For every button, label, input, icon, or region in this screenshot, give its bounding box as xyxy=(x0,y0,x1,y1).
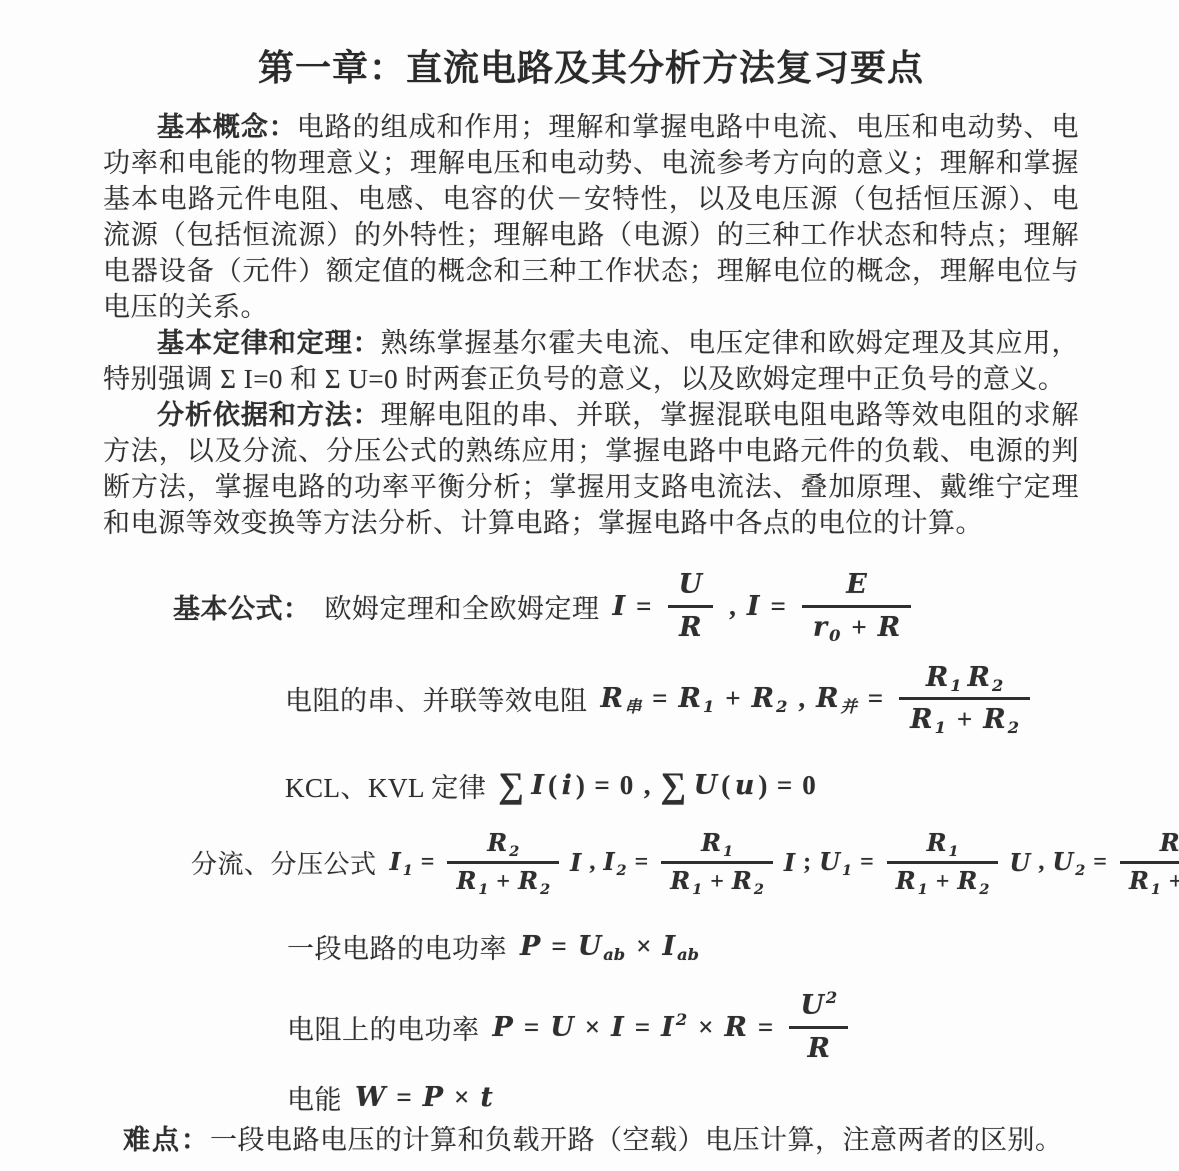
fraction-numerator: R1R2 xyxy=(915,658,1014,698)
math-op: = xyxy=(524,1012,539,1043)
math-op: , xyxy=(589,849,595,876)
fraction-denominator: R xyxy=(668,608,712,648)
formula-kcl-kvl: KCL、KVL 定律∑I(i)=0,∑U(u)=0 xyxy=(285,762,1079,808)
fraction-numerator: R1 xyxy=(692,826,742,861)
fraction-denominator: R1+R2 xyxy=(1120,864,1179,899)
math-op: , xyxy=(729,591,736,622)
math-var: R2 xyxy=(752,683,788,715)
fraction-numerator: R2 xyxy=(1151,826,1179,861)
math-op: = xyxy=(777,770,792,801)
math-op: + xyxy=(710,867,724,897)
fraction-denominator: r0+R xyxy=(802,608,911,648)
math-var: U xyxy=(1009,848,1030,877)
formula-expression: 电阻上的电功率P=U×I=I2×R=U2R xyxy=(287,986,856,1069)
math-var: R1 xyxy=(701,828,733,859)
math-var: P xyxy=(423,1082,443,1113)
math-op: + xyxy=(725,683,740,714)
math-var: u xyxy=(735,770,755,801)
fraction: R1R1+R2 xyxy=(887,826,999,900)
math-var: R xyxy=(807,1032,829,1066)
math-var: r0 xyxy=(813,611,841,645)
math-paren: ( xyxy=(548,770,558,801)
math-op: = xyxy=(396,1082,411,1113)
math-var: R1 xyxy=(910,703,946,737)
math-op: , xyxy=(1038,849,1044,876)
math-op: = xyxy=(758,1012,773,1043)
math-op: + xyxy=(496,867,510,897)
math-op: = xyxy=(635,1012,650,1043)
math-var: R xyxy=(724,1012,746,1043)
formula-expression: 分流、分压公式I1=R2R1+R2I,I2=R1R1+R2I;U1=R1R1+R… xyxy=(191,826,1179,900)
formula-section-label: 基本公式： xyxy=(173,587,311,626)
math-var: W xyxy=(355,1082,385,1113)
fraction-numerator: R2 xyxy=(478,826,528,861)
math-var: i xyxy=(562,770,572,801)
formula-divider-rules: 分流、分压公式I1=R2R1+R2I,I2=R1R1+R2I;U1=R1R1+R… xyxy=(191,826,1079,900)
math-var: R1 xyxy=(670,866,702,897)
math-var: E xyxy=(846,568,867,602)
math-var: R串 xyxy=(601,683,642,715)
formula-expression: 欧姆定理和全欧姆定理I=UR,I=Er0+R xyxy=(325,565,920,648)
formula-equivalent-resistance: 电阻的串、并联等效电阻R串=R1+R2,R并=R1R2R1+R2 xyxy=(285,658,1079,741)
paragraph-basic-concepts: 基本概念：电路的组成和作用；理解和掌握电路中电流、电压和电动势、电功率和电能的物… xyxy=(103,109,1079,325)
formula-label-text: 电阻的串、并联等效电阻 xyxy=(285,679,588,718)
math-var: I xyxy=(611,1012,624,1043)
formula-segment-power: 一段电路的电功率P=Uab×Iab xyxy=(287,924,1079,970)
math-sum: ∑ xyxy=(660,767,686,803)
math-var: R2 xyxy=(957,866,989,897)
formula-resistor-power: 电阻上的电功率P=U×I=I2×R=U2R xyxy=(287,986,1079,1069)
fraction: Er0+R xyxy=(802,565,911,648)
math-var: R1 xyxy=(926,661,962,695)
fraction: U2R xyxy=(789,986,848,1069)
math-var: I2 xyxy=(661,1012,687,1043)
math-op: + xyxy=(957,703,972,737)
math-var: R xyxy=(878,611,900,645)
fraction-numerator: R1 xyxy=(918,826,968,861)
math-op: = xyxy=(868,683,883,714)
math-var: I1 xyxy=(390,847,413,878)
fraction-denominator: R xyxy=(796,1029,840,1069)
math-var: R2 xyxy=(968,661,1004,695)
math-op: = xyxy=(551,931,566,962)
math-op: = xyxy=(1093,849,1107,876)
math-var: I xyxy=(570,848,581,877)
fraction-numerator: U xyxy=(668,565,714,605)
fraction: UR xyxy=(668,565,714,648)
difficulty-note: 难点：一段电路电压的计算和负载开路（空载）电压计算，注意两者的区别。 xyxy=(123,1122,1079,1158)
math-op: , xyxy=(798,683,805,714)
scanned-document-page: 第一章：直流电路及其分析方法复习要点 基本概念：电路的组成和作用；理解和掌握电路… xyxy=(0,0,1179,1171)
formula-electric-energy: 电能W=P×t xyxy=(287,1076,1079,1118)
math-var: R1 xyxy=(896,866,928,897)
math-op: + xyxy=(851,611,866,645)
formula-label-text: 欧姆定理和全欧姆定理 xyxy=(325,587,600,626)
math-op: + xyxy=(936,867,950,897)
math-var: P xyxy=(520,931,540,962)
formula-expression: 电阻的串、并联等效电阻R串=R1+R2,R并=R1R2R1+R2 xyxy=(285,658,1038,741)
formula-label-text: KCL、KVL 定律 xyxy=(285,766,486,805)
math-var: Iab xyxy=(662,931,698,963)
fraction-denominator: R1+R2 xyxy=(447,864,559,899)
math-op: = xyxy=(635,849,649,876)
math-op: = xyxy=(652,683,667,714)
math-var: Uab xyxy=(578,931,625,963)
math-var: R1 xyxy=(679,683,715,715)
math-var: R2 xyxy=(487,828,519,859)
math-op: × xyxy=(636,931,651,962)
fraction-numerator: E xyxy=(835,565,878,605)
math-op: = xyxy=(770,591,785,622)
difficulty-text: 一段电路电压的计算和负载开路（空载）电压计算，注意两者的区别。 xyxy=(210,1125,1063,1155)
math-var: U1 xyxy=(819,847,852,878)
math-var: I xyxy=(747,591,760,622)
math-var: U2 xyxy=(800,989,837,1023)
difficulty-lead: 难点： xyxy=(123,1125,210,1155)
page-title: 第一章：直流电路及其分析方法复习要点 xyxy=(103,40,1079,91)
formula-ohms-law: 基本公式： 欧姆定理和全欧姆定理I=UR,I=Er0+R xyxy=(173,565,1079,648)
math-var: R2 xyxy=(983,703,1019,737)
fraction: R1R2R1+R2 xyxy=(899,658,1030,741)
math-var: I xyxy=(531,770,544,801)
paragraph-basic-laws-theorems: 基本定律和定理：熟练掌握基尔霍夫电流、电压定律和欧姆定理及其应用，特别强调 Σ … xyxy=(103,325,1079,397)
math-var: U xyxy=(550,1012,574,1043)
fraction: R1R1+R2 xyxy=(661,826,773,900)
formula-label-text: 分流、分压公式 xyxy=(191,844,377,881)
fraction-denominator: R1+R2 xyxy=(899,700,1030,740)
math-op: + xyxy=(1169,867,1179,897)
math-paren: ) xyxy=(576,770,586,801)
math-var: U xyxy=(694,770,718,801)
math-var: U2 xyxy=(1052,847,1085,878)
paragraph-lead: 基本定律和定理： xyxy=(157,328,381,358)
math-var: R xyxy=(679,611,701,645)
math-op: , xyxy=(644,770,651,801)
math-op: ; xyxy=(803,849,811,876)
math-var: R1 xyxy=(1129,866,1161,897)
math-var: P xyxy=(493,1012,513,1043)
formula-expression: KCL、KVL 定律∑I(i)=0,∑U(u)=0 xyxy=(285,766,818,805)
math-var: t xyxy=(480,1082,492,1113)
math-sum: ∑ xyxy=(498,767,524,803)
math-paren: ( xyxy=(721,770,731,801)
math-num: 0 xyxy=(802,770,816,801)
paragraph-lead: 基本概念： xyxy=(157,112,297,142)
formula-expression: 一段电路的电功率P=Uab×Iab xyxy=(287,927,702,966)
fraction-numerator: U2 xyxy=(789,986,848,1026)
math-var: R2 xyxy=(732,866,764,897)
math-var: R2 xyxy=(518,866,550,897)
math-op: = xyxy=(421,849,435,876)
fraction: R2R1+R2 xyxy=(447,826,559,900)
formula-label-text: 一段电路的电功率 xyxy=(287,927,507,966)
math-var: U xyxy=(679,568,703,602)
math-var: I2 xyxy=(603,847,626,878)
fraction-denominator: R1+R2 xyxy=(661,864,773,899)
math-op: × xyxy=(585,1012,600,1043)
math-var: I xyxy=(613,591,626,622)
math-op: × xyxy=(454,1082,469,1113)
math-op: = xyxy=(594,770,609,801)
paragraph-analysis-methods: 分析依据和方法：理解电阻的串、并联，掌握混联电阻电路等效电阻的求解方法，以及分流… xyxy=(103,397,1079,541)
math-var: R并 xyxy=(816,683,857,715)
paragraph-text: 电路的组成和作用；理解和掌握电路中电流、电压和电动势、电功率和电能的物理意义；理… xyxy=(103,112,1079,322)
math-var: I xyxy=(784,848,795,877)
formula-expression: 电能W=P×t xyxy=(287,1078,496,1117)
paragraph-lead: 分析依据和方法： xyxy=(157,400,381,430)
math-op: = xyxy=(860,849,874,876)
formula-label-text: 电阻上的电功率 xyxy=(287,1008,480,1047)
formula-label-text: 电能 xyxy=(287,1078,342,1117)
math-op: × xyxy=(698,1012,713,1043)
math-num: 0 xyxy=(620,770,634,801)
fraction: R2R1+R2 xyxy=(1120,826,1179,900)
math-op: = xyxy=(636,591,651,622)
math-var: R1 xyxy=(456,866,488,897)
math-var: R1 xyxy=(927,828,959,859)
math-paren: ) xyxy=(758,770,768,801)
fraction-denominator: R1+R2 xyxy=(887,864,999,899)
math-var: R2 xyxy=(1160,828,1179,859)
